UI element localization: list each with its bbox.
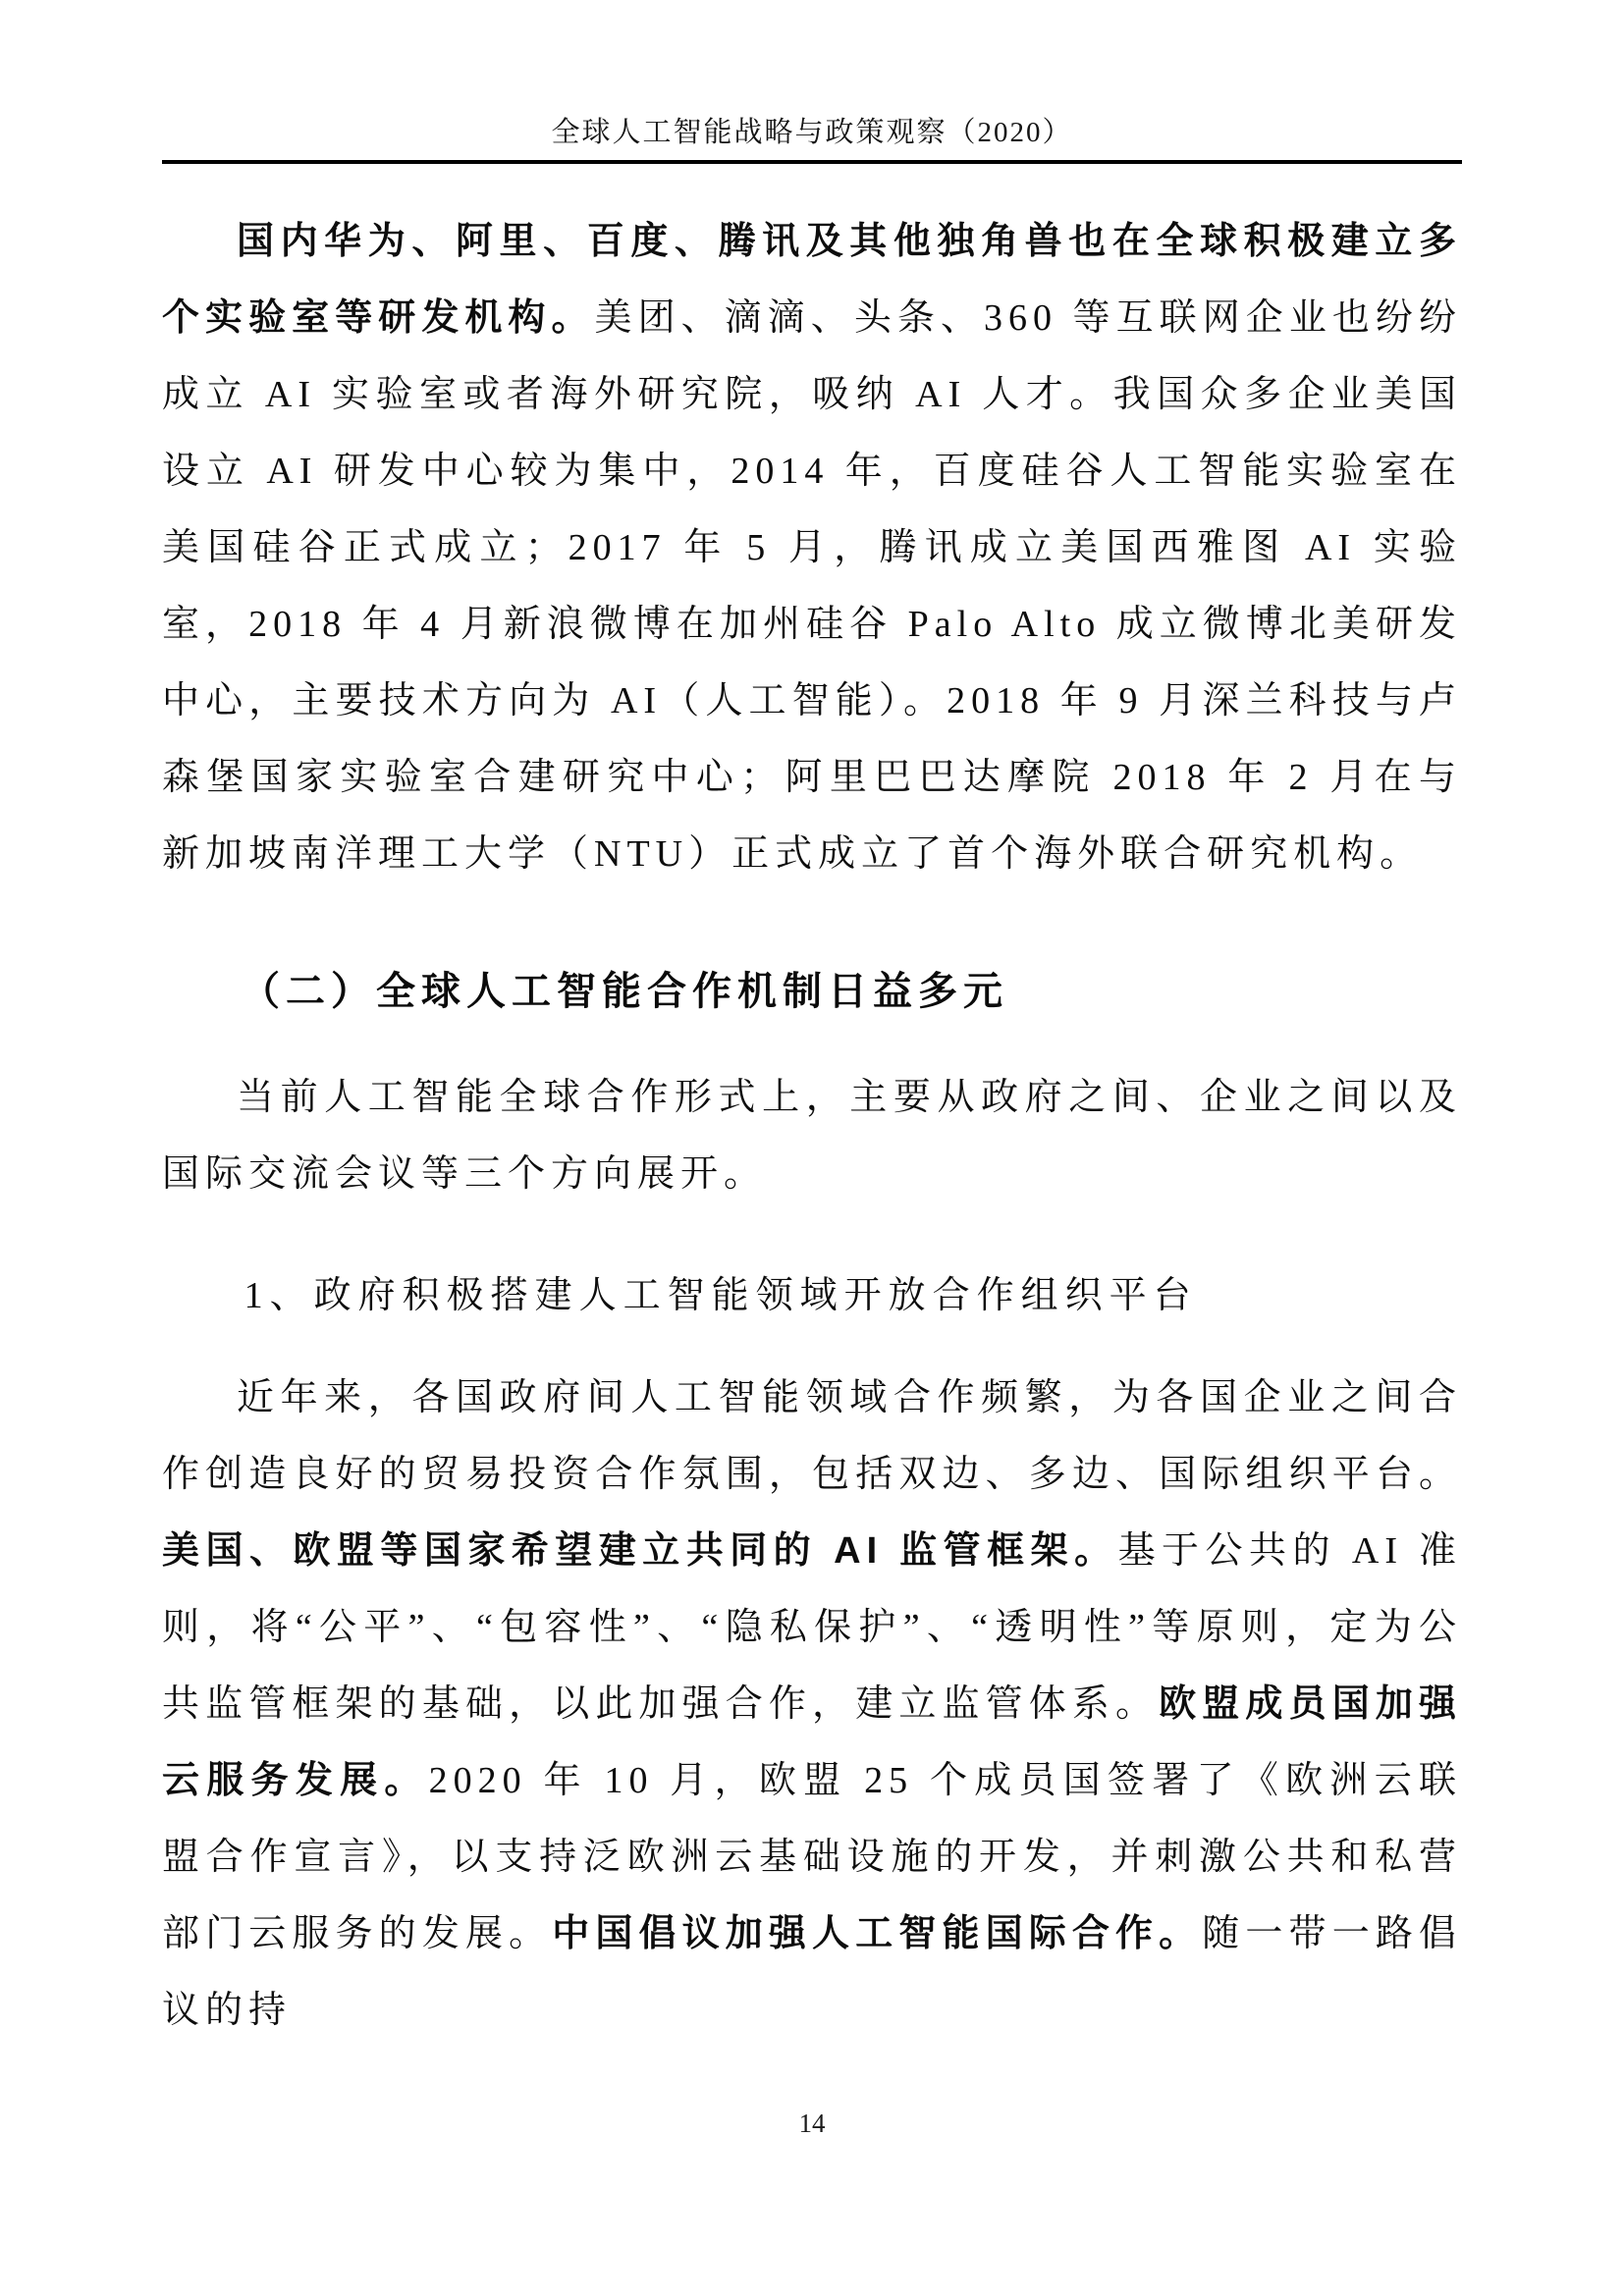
- paragraph-government-cooperation: 近年来，各国政府间人工智能领域合作频繁，为各国企业之间合作创造良好的贸易投资合作…: [162, 1360, 1462, 2049]
- subsection-heading-government-platforms: 1、政府积极搭建人工智能领域开放合作组织平台: [162, 1257, 1462, 1334]
- emphasis-bold-text: 中国倡议加强人工智能国际合作。: [552, 1913, 1202, 1954]
- document-page: 全球人工智能战略与政策观察（2020） 国内华为、阿里、百度、腾讯及其他独角兽也…: [0, 0, 1624, 2296]
- header-rule: [162, 160, 1462, 164]
- body-text: 美团、滴滴、头条、360 等互联网企业也纷纷成立 AI 实验室或者海外研究院，吸…: [162, 297, 1462, 875]
- paragraph-cooperation-intro: 当前人工智能全球合作形式上，主要从政府之间、企业之间以及国际交流会议等三个方向展…: [162, 1059, 1462, 1212]
- body-text: 近年来，各国政府间人工智能领域合作频繁，为各国企业之间合作创造良好的贸易投资合作…: [162, 1377, 1462, 1495]
- paragraph-domestic-labs: 国内华为、阿里、百度、腾讯及其他独角兽也在全球积极建立多个实验室等研发机构。美团…: [162, 203, 1462, 892]
- section-heading-cooperation: （二）全球人工智能合作机制日益多元: [162, 953, 1462, 1030]
- page-footer: 14: [0, 2109, 1624, 2139]
- document-body: 国内华为、阿里、百度、腾讯及其他独角兽也在全球积极建立多个实验室等研发机构。美团…: [162, 203, 1462, 2049]
- running-header-title: 全球人工智能战略与政策观察（2020）: [162, 0, 1462, 150]
- body-text: 当前人工智能全球合作形式上，主要从政府之间、企业之间以及国际交流会议等三个方向展…: [162, 1077, 1462, 1195]
- running-header: 全球人工智能战略与政策观察（2020）: [162, 0, 1462, 164]
- page-number: 14: [799, 2109, 826, 2138]
- page-content-area: 全球人工智能战略与政策观察（2020） 国内华为、阿里、百度、腾讯及其他独角兽也…: [0, 0, 1624, 2049]
- emphasis-bold-text: 美国、欧盟等国家希望建立共同的 AI 监管框架。: [162, 1530, 1118, 1572]
